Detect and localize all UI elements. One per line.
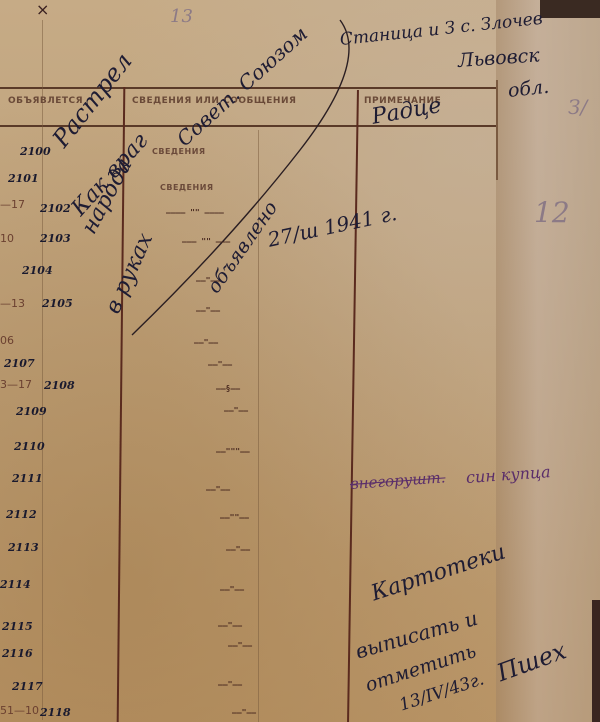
ditto-mark: ——"—— xyxy=(208,360,232,369)
row-number: 2102 xyxy=(40,202,71,215)
row-number: 2116 xyxy=(2,647,33,660)
ditto-mark: ——"—— xyxy=(196,306,220,315)
row-number: 2111 xyxy=(12,472,43,485)
left-date: 10 xyxy=(0,232,14,245)
ditto-mark: ——— "" ——— xyxy=(182,237,230,246)
row-number: 2113 xyxy=(8,541,39,554)
row-number: 2101 xyxy=(8,172,39,185)
row-number: 2100 xyxy=(20,145,51,158)
ditto-mark: ——"—— xyxy=(220,585,244,594)
ditto-mark: ——"""—— xyxy=(216,447,250,456)
typed-entry: СВЕДЕНИЯ xyxy=(152,147,206,156)
left-date: 51—10 xyxy=(0,704,39,717)
ditto-mark: ——"—— xyxy=(218,680,242,689)
row-number: 2118 xyxy=(40,706,71,719)
left-date: 3—17 xyxy=(0,378,32,391)
left-date: —13 xyxy=(0,297,25,310)
ditto-mark: ——"—— xyxy=(196,276,220,285)
row-number: 2109 xyxy=(16,405,47,418)
ditto-mark: ——"—— xyxy=(224,406,248,415)
typed-entry: СВЕДЕНИЯ xyxy=(160,183,214,192)
row-number: 2112 xyxy=(6,508,37,521)
ditto-mark: ——"—— xyxy=(206,485,230,494)
left-date: —17 xyxy=(0,198,25,211)
ditto-mark: ——""—— xyxy=(220,513,249,522)
row-number: 2108 xyxy=(44,379,75,392)
left-date: 06 xyxy=(0,334,14,347)
ditto-mark: ——"—— xyxy=(218,621,242,630)
row-number: 2105 xyxy=(42,297,73,310)
ditto-mark: ——"—— xyxy=(226,545,250,554)
ditto-mark: ——"—— xyxy=(194,338,218,347)
row-number: 2103 xyxy=(40,232,71,245)
ditto-mark: ——"—— xyxy=(232,708,256,717)
row-number: 2110 xyxy=(14,440,45,453)
ditto-mark: ——§—— xyxy=(216,384,240,393)
row-number: 2117 xyxy=(12,680,43,693)
row-number: 2115 xyxy=(2,620,33,633)
row-number: 2114 xyxy=(0,578,31,591)
row-number: 2104 xyxy=(22,264,53,277)
row-number: 2107 xyxy=(4,357,35,370)
ditto-mark: ———— "" ———— xyxy=(166,208,224,217)
ditto-mark: ——"—— xyxy=(228,641,252,650)
